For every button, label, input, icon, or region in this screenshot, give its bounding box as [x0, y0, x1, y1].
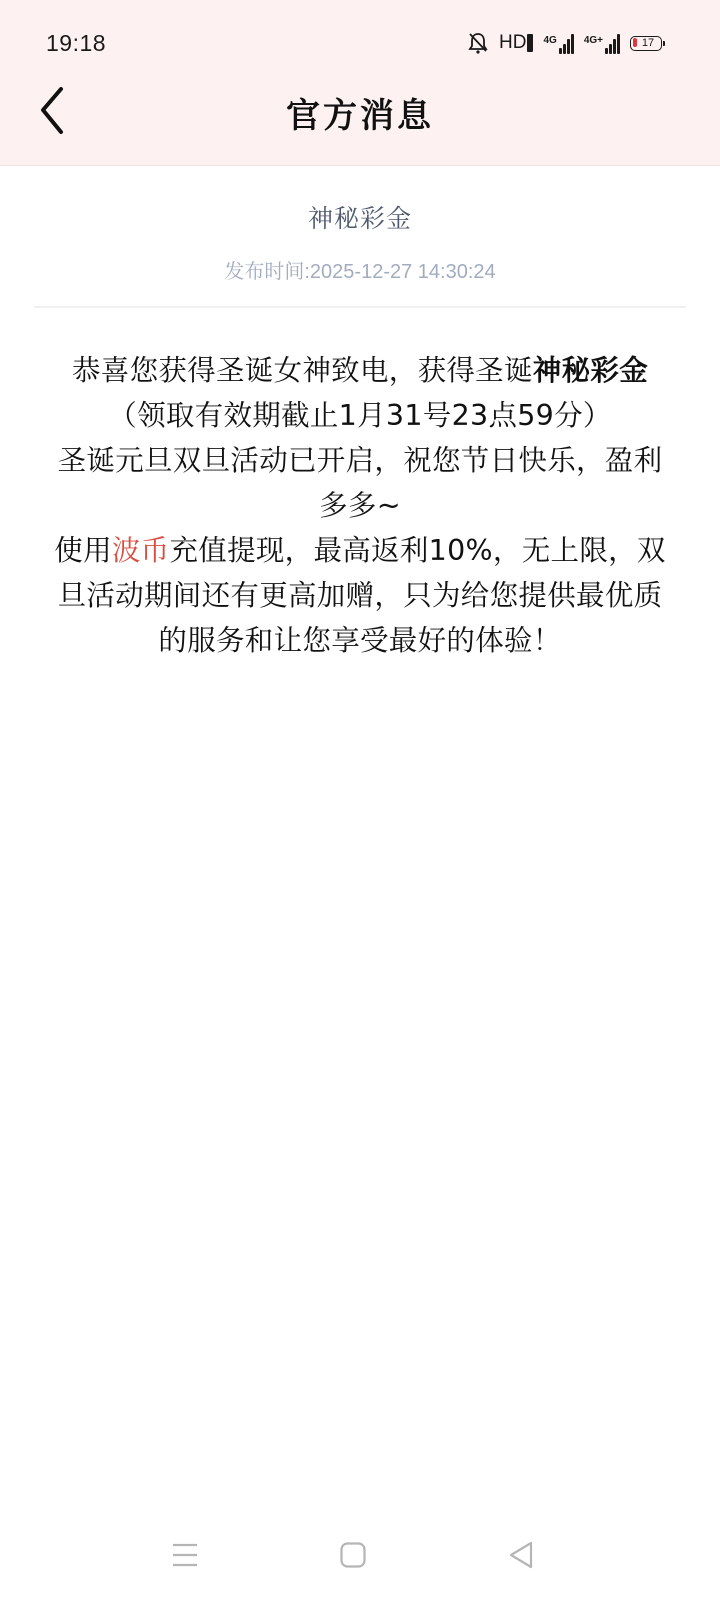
- body-line-5: 使用波币充值提现，最高返利10%，无上限，双: [20, 528, 700, 573]
- signal-4g-sim1-icon: 4G: [543, 32, 573, 54]
- divider: [34, 306, 686, 308]
- top-area: 19:18 HD 4G: [0, 0, 720, 166]
- body-line-4: 多多~: [20, 483, 700, 528]
- body-text: 充值提现，最高返利10%，无上限，双: [169, 534, 665, 567]
- status-icons: HD 4G 4G+ 17: [467, 30, 662, 56]
- hd-voice-icon: HD: [499, 32, 533, 54]
- system-back-button[interactable]: [496, 1530, 546, 1580]
- highlight-bold-text: 神秘彩金: [533, 354, 648, 387]
- recent-apps-button[interactable]: [160, 1530, 210, 1580]
- body-text: 恭喜您获得圣诞女神致电，获得圣诞: [72, 354, 533, 387]
- home-button[interactable]: [328, 1530, 378, 1580]
- system-nav-bar: [0, 1490, 720, 1600]
- message-body: 恭喜您获得圣诞女神致电，获得圣诞神秘彩金 （领取有效期截止1月31号23点59分…: [20, 348, 700, 663]
- back-triangle-icon: [507, 1540, 535, 1570]
- net1-label: 4G: [543, 35, 556, 46]
- highlight-red-text: 波币: [112, 534, 170, 567]
- publish-time: 发布时间:2025-12-27 14:30:24: [0, 255, 720, 284]
- screen: 19:18 HD 4G: [0, 0, 720, 1600]
- body-line-6: 旦活动期间还有更高加赠，只为给您提供最优质: [20, 573, 700, 618]
- body-line-1: 恭喜您获得圣诞女神致电，获得圣诞神秘彩金: [20, 348, 700, 393]
- message-title: 神秘彩金: [0, 199, 720, 235]
- body-text: 使用: [54, 534, 112, 567]
- net2-label: 4G+: [584, 35, 603, 46]
- battery-level: 17: [642, 37, 654, 49]
- page-title: 官方消息: [0, 88, 720, 137]
- menu-icon: [171, 1542, 199, 1568]
- body-line-3: 圣诞元旦双旦活动已开启，祝您节日快乐，盈利: [20, 438, 700, 483]
- status-bar: 19:18 HD 4G: [0, 0, 720, 86]
- bell-muted-icon: [467, 31, 489, 55]
- signal-4g-plus-sim2-icon: 4G+: [584, 32, 620, 54]
- hd-label: HD: [499, 32, 526, 54]
- header: 官方消息: [0, 86, 720, 166]
- battery-icon: 17: [630, 36, 662, 51]
- status-time: 19:18: [46, 30, 106, 57]
- body-line-2: （领取有效期截止1月31号23点59分）: [20, 393, 700, 438]
- body-line-7: 的服务和让您享受最好的体验！: [20, 618, 700, 663]
- home-icon: [339, 1541, 367, 1569]
